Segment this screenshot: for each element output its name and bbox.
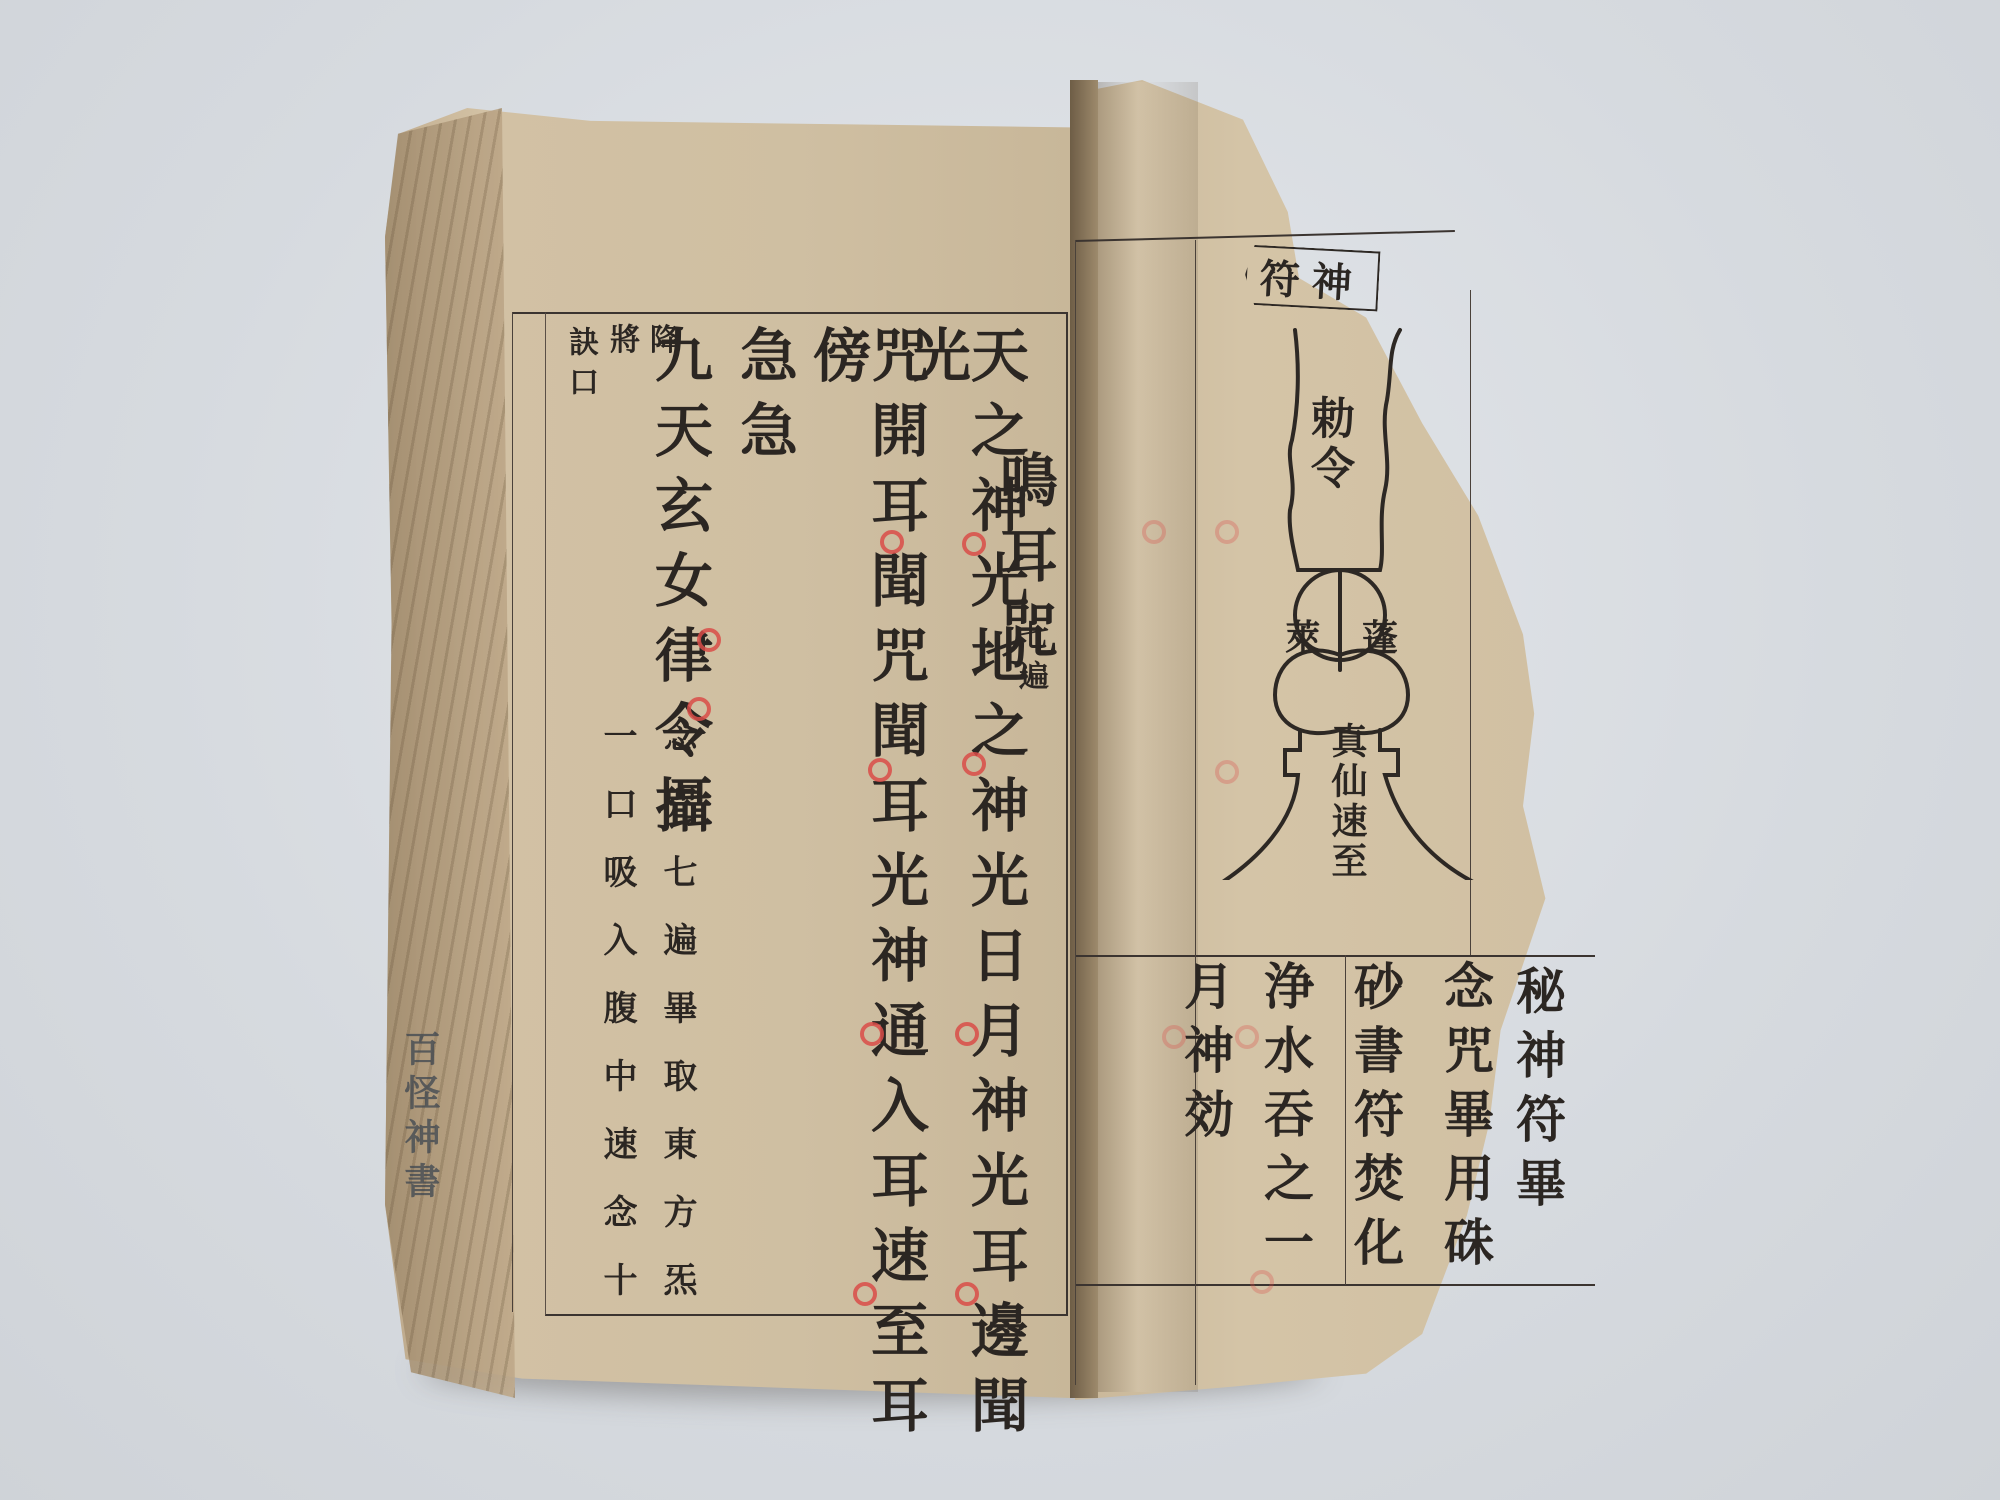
right-frame-mid [1075,955,1595,957]
instruction-column-2: 念咒畢用硃 [1440,960,1490,1280]
red-mark-faint [1215,520,1239,544]
red-mark-faint [1250,1270,1274,1294]
instruction-column-3: 砂書符焚化 [1350,960,1400,1280]
instruction-column-4: 浄水吞之一 [1260,960,1310,1280]
red-mark [880,530,904,554]
text-column-5: 念咒七遍畢取東方炁 [660,718,694,1330]
red-mark [868,758,892,782]
text-column-6: 一口吸入腹中速念十 [600,718,634,1330]
instruction-column-1: 秘神符畢 [1512,965,1562,1221]
side-label: 將降 [610,326,690,356]
right-frame-bottom [1075,1284,1595,1286]
red-mark-faint [1215,760,1239,784]
right-frame-left [1075,240,1076,1385]
talisman-bottom-text: 真仙速至 [1322,722,1373,882]
text-column-2: 咒開耳聞咒聞耳光神通入耳速至耳傍 [808,325,924,1500]
red-mark [955,1282,979,1306]
red-mark-faint [1142,520,1166,544]
red-mark [853,1282,877,1306]
red-mark-faint [1162,1025,1186,1049]
red-mark [962,532,986,556]
red-mark-faint [1235,1025,1259,1049]
talisman-left-circle: 萊 [1285,610,1321,661]
instruction-column-5: 月神効 [1180,960,1230,1152]
red-mark [697,628,721,652]
text-column-3: 急急 [735,325,793,475]
red-mark [955,1022,979,1046]
talisman-command: 勅令 [1296,395,1360,495]
red-mark [962,752,986,776]
left-page-frame-ext [512,312,545,314]
talisman-right-circle: 蓬 [1362,610,1398,661]
red-mark [860,1022,884,1046]
red-mark [687,697,711,721]
spine-label: 百怪神書 [395,1030,446,1206]
side-label-2: 訣口 [565,326,595,406]
left-margin-line [512,312,513,1312]
